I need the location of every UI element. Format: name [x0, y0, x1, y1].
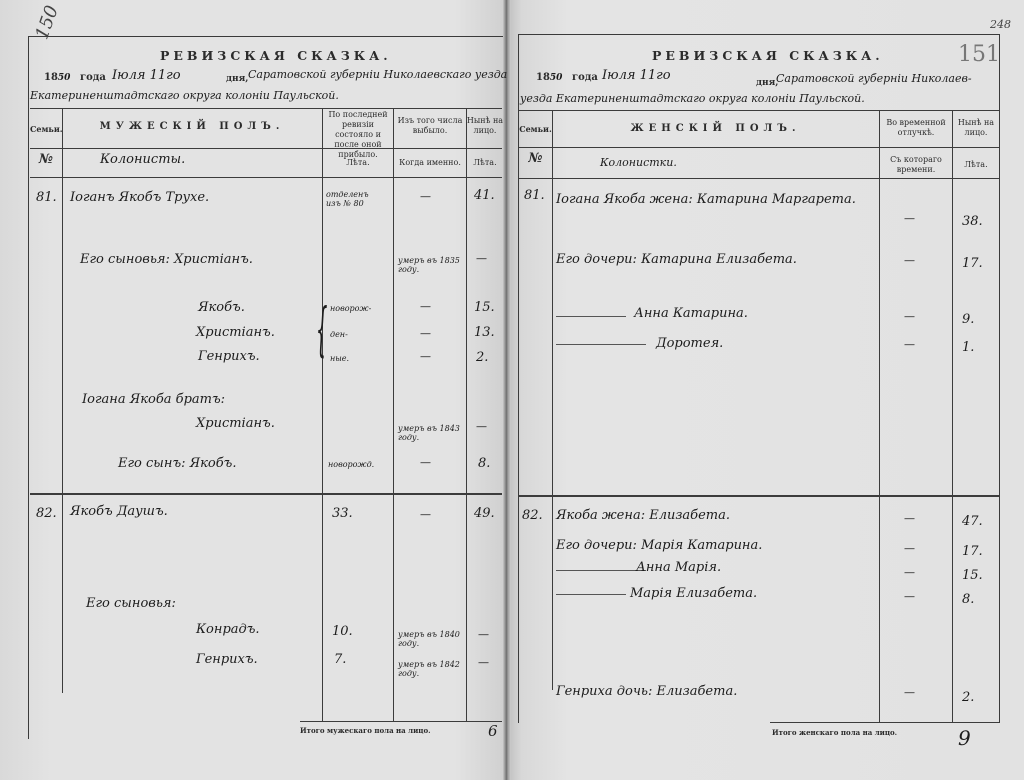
brace-icon: {: [316, 298, 327, 365]
book-gutter: [503, 0, 511, 780]
left-place-line1: Саратовской губерніи Николаевскаго уезда: [248, 68, 507, 81]
right-total-value: 9: [958, 726, 971, 750]
right-date-line: 1850 года: [536, 72, 598, 83]
left-header-departed: Изъ того числа выбыло.: [394, 116, 466, 136]
right-category: Колонистки.: [600, 156, 677, 169]
left-date-line: 1850 года: [44, 72, 106, 83]
right-header-family: Семьи.: [519, 124, 552, 134]
right-header-since: Съ котораго времени.: [880, 155, 952, 175]
right-place-line1: Саратовской губерніи Николаев-: [776, 72, 972, 85]
left-title: РЕВИЗСКАЯ СКАЗКА.: [160, 48, 392, 63]
right-place-line2: уезда Екатериненштадтскаго округа колоні…: [520, 92, 865, 105]
left-category: Колонисты.: [100, 152, 185, 167]
right-date-hand: Іюля 11го: [602, 68, 671, 83]
left-header-family: Семьи.: [30, 124, 62, 134]
left-day-label: дня,: [226, 74, 248, 84]
left-total-value: 6: [488, 722, 498, 740]
left-header-present: Нынѣ на лицо.: [466, 116, 504, 136]
right-header-years: Лѣта.: [953, 160, 999, 170]
right-header-sex: ЖЕНСКІЙ ПОЛЪ.: [552, 124, 879, 134]
right-header-present: Нынѣ на лицо.: [953, 118, 999, 138]
left-header-sex: МУЖЕСКІЙ ПОЛЪ.: [62, 122, 322, 132]
left-date-hand: Іюля 11го: [112, 68, 181, 83]
right-header-no: №: [519, 154, 552, 164]
left-header-when: Когда именно.: [394, 158, 466, 168]
right-header-absence: Во временной отлучкѣ.: [880, 118, 952, 138]
archive-page-number-right: 248: [990, 18, 1011, 31]
left-place-line2: Екатериненштадтскаго округа колоніи Паул…: [30, 89, 339, 102]
left-header-no: №: [30, 155, 62, 165]
left-header-years1: Лѣта.: [323, 158, 393, 168]
right-total-label: Итого женскаго пола на лицо.: [772, 728, 932, 738]
right-title: РЕВИЗСКАЯ СКАЗКА.: [652, 48, 884, 63]
left-header-years2: Лѣта.: [466, 158, 504, 168]
left-header-last-revision: По последней ревизіи состояло и после он…: [323, 110, 393, 160]
left-total-label: Итого мужескаго пола на лицо.: [300, 726, 450, 736]
